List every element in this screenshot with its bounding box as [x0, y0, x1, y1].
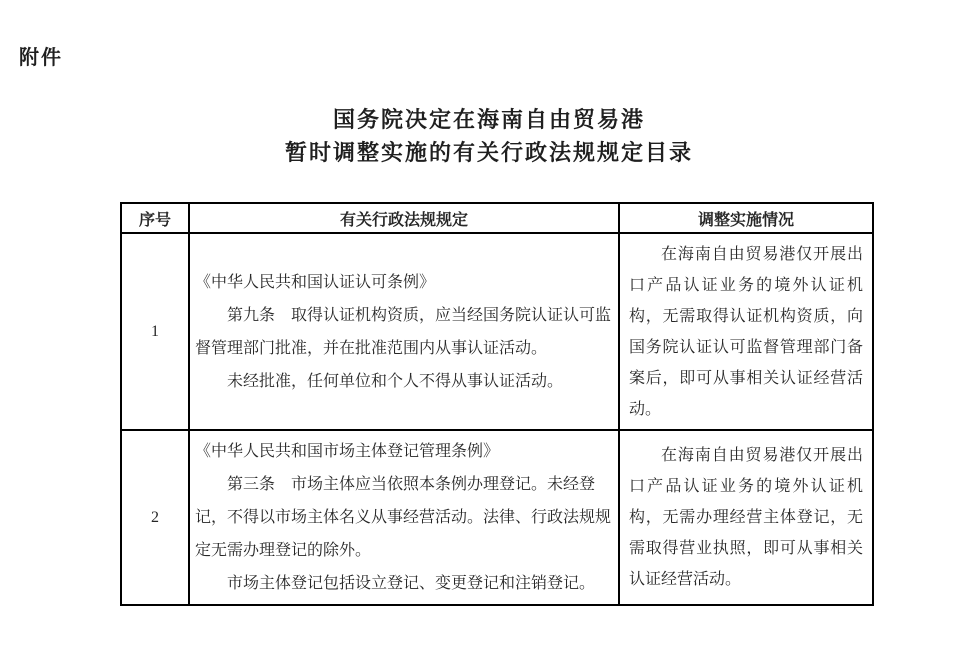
row1-sequence-number: 1: [121, 233, 189, 430]
row1-regulation-article: 第九条 取得认证机构资质，应当经国务院认证认可监督管理部门批准，并在批准范围内从…: [195, 299, 612, 365]
row2-regulation-title: 《中华人民共和国市场主体登记管理条例》: [195, 435, 612, 468]
row2-regulation-clause: 市场主体登记包括设立登记、变更登记和注销登记。: [195, 567, 612, 600]
table-row: 1 《中华人民共和国认证认可条例》 第九条 取得认证机构资质，应当经国务院认证认…: [121, 233, 873, 430]
table-row: 2 《中华人民共和国市场主体登记管理条例》 第三条 市场主体应当依照本条例办理登…: [121, 430, 873, 605]
header-adjustment-status: 调整实施情况: [619, 203, 873, 233]
header-related-regulations: 有关行政法规规定: [189, 203, 619, 233]
attachment-label: 附件: [19, 41, 63, 70]
regulations-table: 序号 有关行政法规规定 调整实施情况 1 《中华人民共和国认证认可条例》 第九条…: [120, 202, 874, 606]
row1-regulation-cell: 《中华人民共和国认证认可条例》 第九条 取得认证机构资质，应当经国务院认证认可监…: [189, 233, 619, 430]
document-title: 国务院决定在海南自由贸易港 暂时调整实施的有关行政法规规定目录: [0, 103, 978, 169]
document-title-line-2: 暂时调整实施的有关行政法规规定目录: [0, 136, 978, 169]
row1-adjustment-text: 在海南自由贸易港仅开展出口产品认证业务的境外认证机构，无需取得认证机构资质，向国…: [629, 239, 863, 425]
row1-adjustment-cell: 在海南自由贸易港仅开展出口产品认证业务的境外认证机构，无需取得认证机构资质，向国…: [619, 233, 873, 430]
document-page: 附件 国务院决定在海南自由贸易港 暂时调整实施的有关行政法规规定目录 序号 有关…: [0, 0, 978, 664]
row2-sequence-number: 2: [121, 430, 189, 605]
row2-adjustment-cell: 在海南自由贸易港仅开展出口产品认证业务的境外认证机构，无需办理经营主体登记，无需…: [619, 430, 873, 605]
row1-regulation-title: 《中华人民共和国认证认可条例》: [195, 266, 612, 299]
document-title-line-1: 国务院决定在海南自由贸易港: [0, 103, 978, 136]
row2-regulation-cell: 《中华人民共和国市场主体登记管理条例》 第三条 市场主体应当依照本条例办理登记。…: [189, 430, 619, 605]
row2-regulation-article: 第三条 市场主体应当依照本条例办理登记。未经登记，不得以市场主体名义从事经营活动…: [195, 468, 612, 567]
row1-regulation-clause: 未经批准，任何单位和个人不得从事认证活动。: [195, 365, 612, 398]
header-sequence-number: 序号: [121, 203, 189, 233]
row2-adjustment-text: 在海南自由贸易港仅开展出口产品认证业务的境外认证机构，无需办理经营主体登记，无需…: [629, 440, 863, 595]
table-header-row: 序号 有关行政法规规定 调整实施情况: [121, 203, 873, 233]
